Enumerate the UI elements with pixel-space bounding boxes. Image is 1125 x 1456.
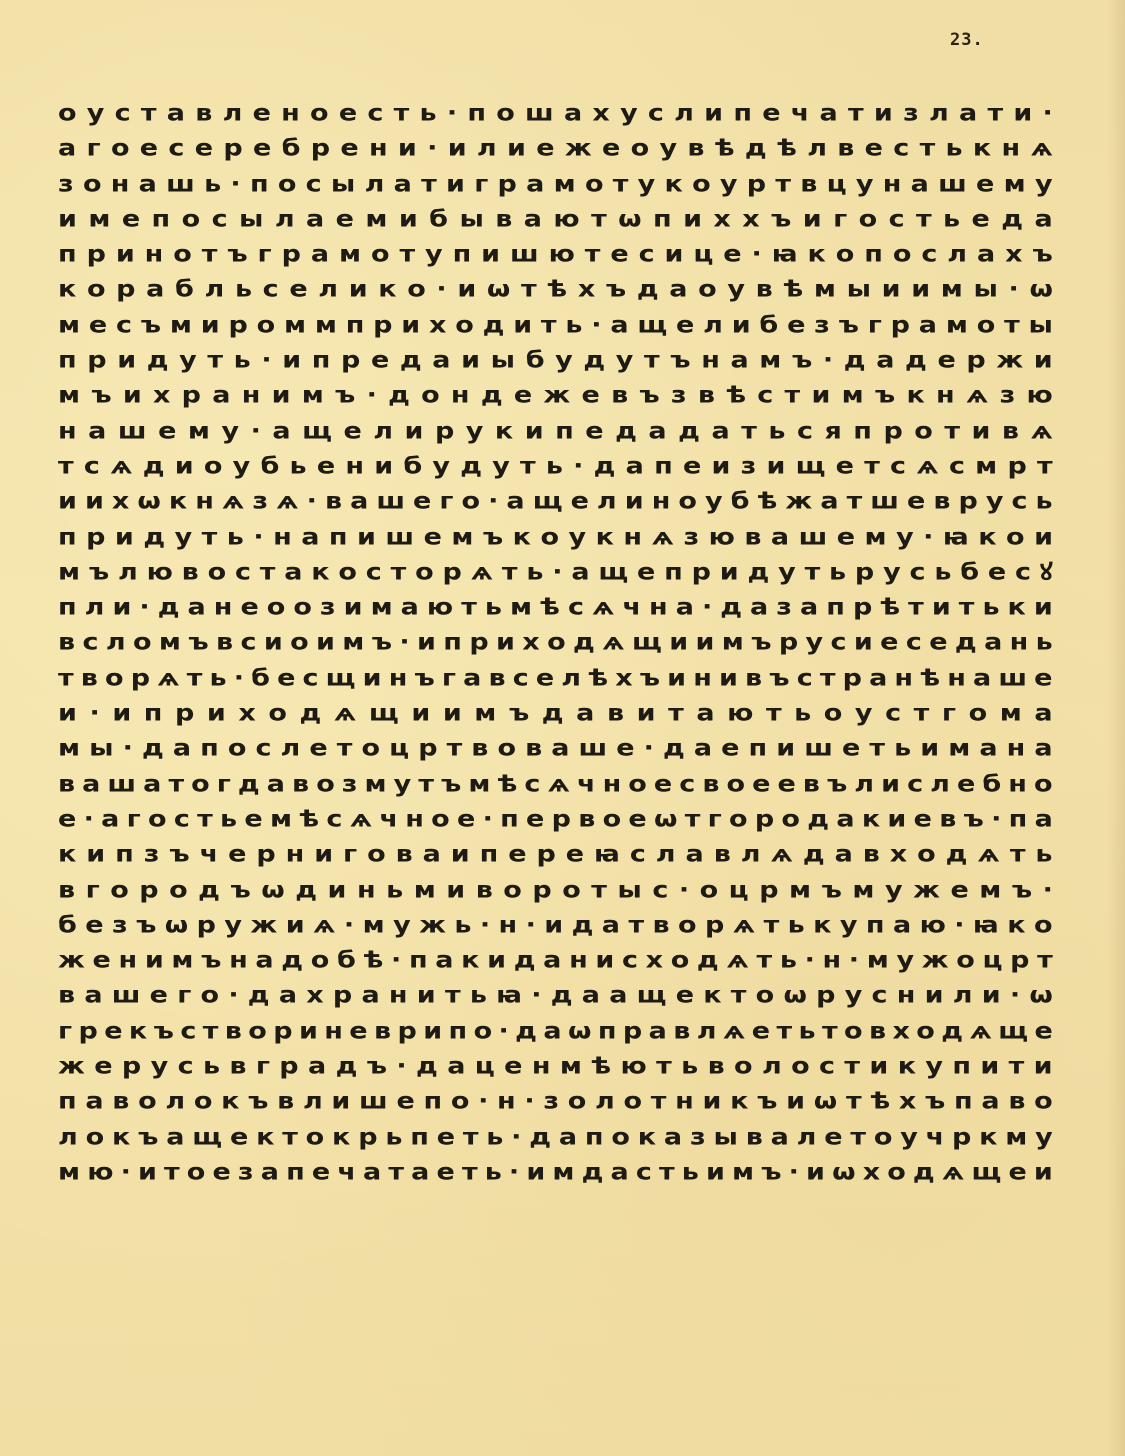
manuscript-line: мълювостакосторѧть·ащепридутьрусьбесꙋ (58, 555, 1053, 590)
manuscript-line: локъащектокрьпеть·дапоказывалетоучркму (58, 1120, 1053, 1155)
manuscript-line: женимънадобѣ·пакиданисходѧть·н·мужоцрт (58, 943, 1053, 978)
manuscript-line: придуть·ипредаиыбудутънамъ·дадержи (58, 343, 1053, 378)
manuscript-line: вгородъѡдиньмиворотыс·оцрмъмужемъ· (58, 873, 1053, 908)
manuscript-line: кипзъчерниговаипереꙗславлѧдавходѧть (58, 837, 1053, 872)
manuscript-line: тсѧдиоубьенибудуть·дапеизищетсѧсмрт (58, 449, 1053, 484)
manuscript-line: жерусьвградъ·даценмѣютьволостикупити (58, 1049, 1053, 1084)
manuscript-line: оуставленоесть·пошахуслипечатизлати· (58, 96, 1053, 131)
manuscript-page: 23. оуставленоесть·пошахуслипечатизлати·… (0, 0, 1125, 1456)
manuscript-line: пли·данеоозимаютьмѣсѧчна·дазапрѣтитьки (58, 590, 1053, 625)
manuscript-line: безъѡружиѧ·мужь·н·идатворѧтькупаю·ꙗко (58, 908, 1053, 943)
manuscript-line: творѧть·бесщинъгавселѣхъинивъстранѣнаше (58, 661, 1053, 696)
manuscript-line: месъмироммприходить·ащелибезъграмоты (58, 308, 1053, 343)
manuscript-line: нашему·ащелирукипедадатьсяпротивѧ (58, 414, 1053, 449)
manuscript-line: вашатогдавозмутъмѣсѧчноесвоеевълислебно (58, 767, 1053, 802)
manuscript-line: вашего·дахранитьꙗ·даащектоѡруснили·ѡ (58, 978, 1053, 1013)
manuscript-line: придуть·напишемъкоукнѧзювашему·ꙗкои (58, 520, 1053, 555)
manuscript-line: грекъствориневрипо·даѡправлѧетьтовходѧще (58, 1014, 1053, 1049)
manuscript-line: имепосылаемибываютѡпиххъигостьеда (58, 202, 1053, 237)
manuscript-line: мъихранимъ·дондежевъзвѣстимъкнѧзю (58, 378, 1053, 413)
manuscript-line: мы·дапослетоцртвоваше·даепишетьимана (58, 731, 1053, 766)
page-edge-shadow (1107, 0, 1125, 1456)
manuscript-line: иихѡкнѧзѧ·вашего·ащелиноубѣжатшеврусь (58, 484, 1053, 519)
manuscript-line: мю·итоезапечатаеть·имдастьимъ·иѡходѧщеи (58, 1155, 1053, 1190)
manuscript-line: и·иприходѧщиимъдавитаютьоустгома (58, 696, 1053, 731)
manuscript-line: всломъвсиоимъ·иприходѧщиимърусиеседань (58, 625, 1053, 660)
page-number: 23. (950, 30, 984, 50)
manuscript-line: корабльселико·иѡтѣхъдаоувѣмыиимы·ѡ (58, 272, 1053, 307)
manuscript-line: агоесеребрени·илиежеоувѣдѣлвестькнѧ (58, 131, 1053, 166)
manuscript-line: зонашь·посылатиграмотукоуртвцунашему (58, 167, 1053, 202)
manuscript-line: паволокъвлишепо·н·золотникъиѡтѣхъпаво (58, 1084, 1053, 1119)
manuscript-line: принотъграмотупишютесице·ꙗкопослахъ (58, 237, 1053, 272)
manuscript-line: е·агостьемѣсѧчное·первоеѡтгородакиевъ·па (58, 802, 1053, 837)
manuscript-text-block: оуставленоесть·пошахуслипечатизлати· аго… (58, 96, 1053, 1190)
